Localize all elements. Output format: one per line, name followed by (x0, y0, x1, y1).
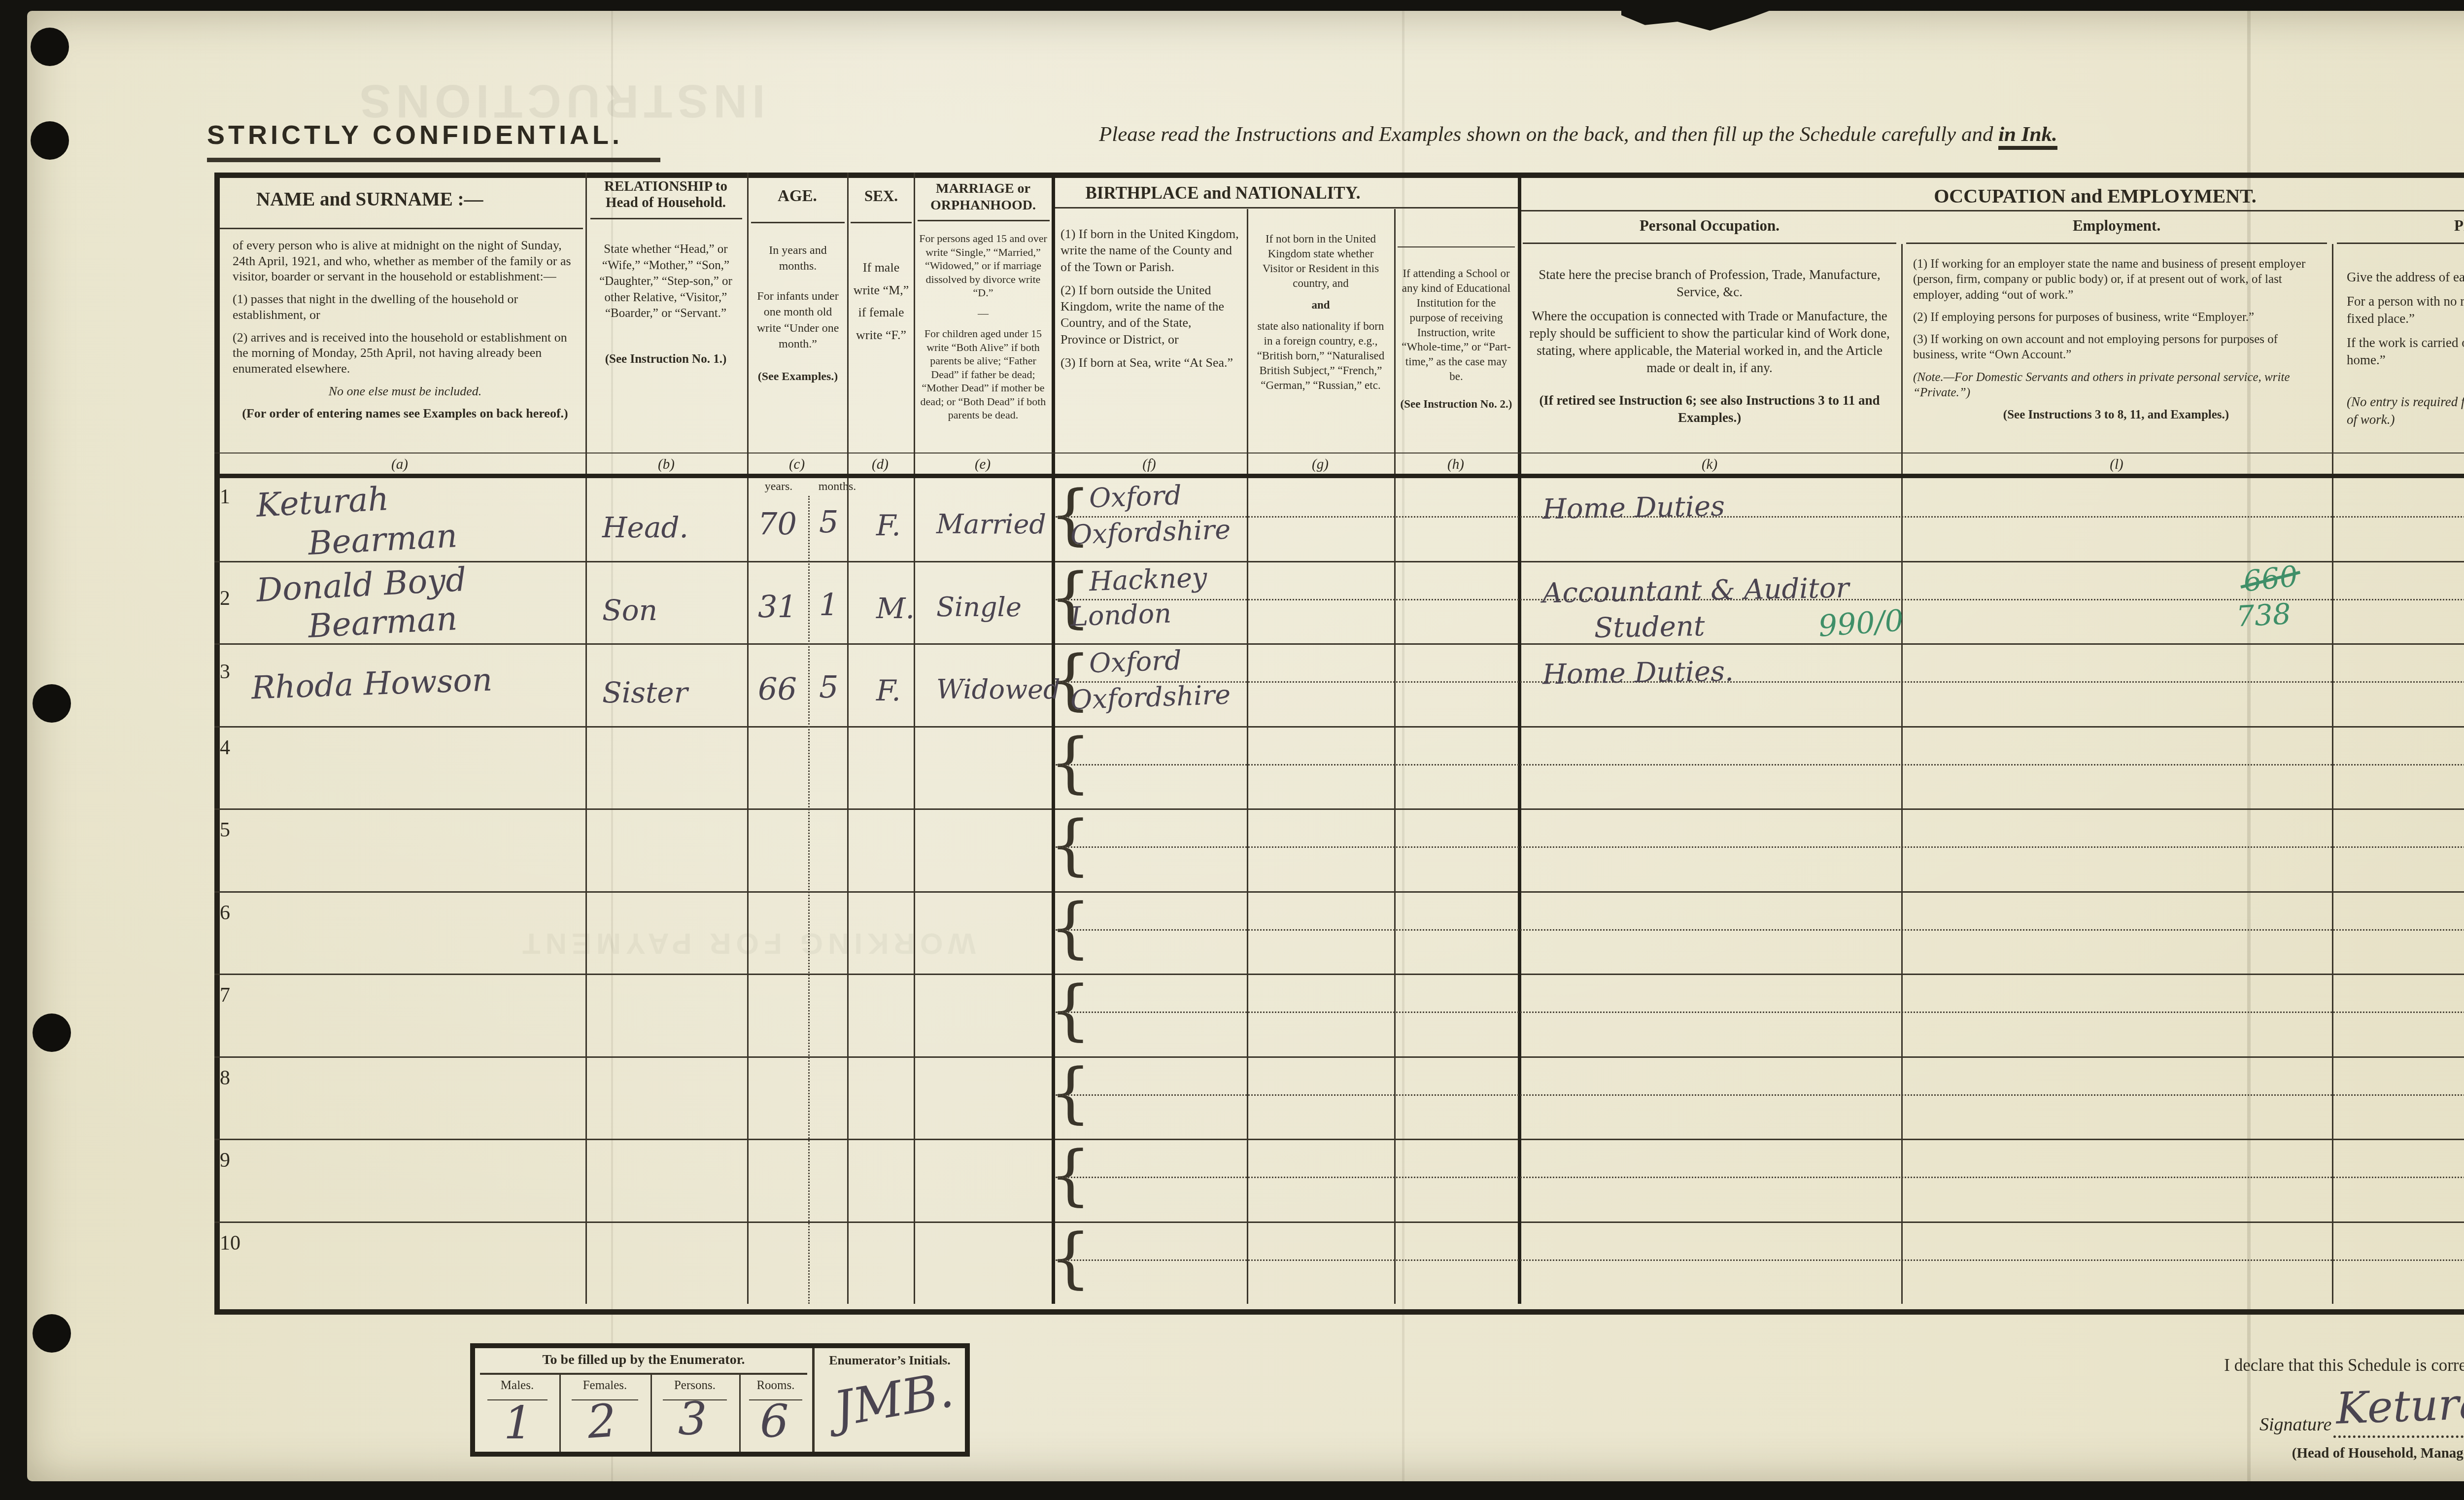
col-e-p1: For persons aged 15 and over write “Sing… (918, 232, 1049, 300)
col-k-body: State here the precise branch of Profess… (1528, 266, 1891, 433)
row-line (214, 891, 2464, 893)
col-l-body: (1) If working for an employer state the… (1913, 256, 2319, 422)
females-value: 2 (585, 1394, 618, 1449)
writing-guide-line (1056, 1259, 2464, 1261)
col-m-p4: (No entry is required for any person who… (2347, 393, 2464, 428)
col-h-p2: (See Instruction No. 2.) (1399, 397, 1514, 412)
row-number: 5 (220, 818, 230, 842)
row-line (214, 726, 2464, 728)
divider (1518, 210, 2464, 211)
row-number: 6 (220, 901, 230, 925)
column-letter: (k) (1680, 456, 1739, 473)
column-letter: (l) (2087, 456, 2146, 473)
col-b-body: State whether “Head,” or “Wife,” “Mother… (590, 242, 741, 374)
col-a-p1: of every person who is alive at midnight… (233, 238, 578, 284)
col-a-p3: (2) arrives and is received into the hou… (233, 330, 578, 377)
age-years-entry: 70 (758, 506, 797, 542)
col-b-p2: (See Instruction No. 1.) (590, 351, 741, 368)
row-brace: { (1050, 810, 1091, 879)
marital-entry: Married (936, 509, 1046, 540)
occupation-entry-line1: Home Duties (1542, 490, 1725, 525)
marital-entry: Widowed (936, 674, 1061, 705)
col-g-p2: state also nationality if born in a fore… (1252, 319, 1390, 392)
row-line (214, 1221, 2464, 1223)
col-l-title: Employment. (1901, 217, 2332, 235)
declaration-text: I declare that this Schedule is correctl… (2129, 1356, 2464, 1375)
col-m-title: Place of Work. (2332, 217, 2464, 235)
relationship-entry: Head. (602, 511, 688, 544)
column-line (1394, 478, 1396, 1304)
col-k-p2: Where the occupation is connected with T… (1528, 308, 1891, 377)
rooms-value: 6 (760, 1395, 789, 1448)
col-k-p3: (If retired see Instruction 6; see also … (1528, 392, 1891, 426)
row-line (214, 1139, 2464, 1140)
writing-guide-line (1056, 681, 2464, 683)
row-line (214, 561, 2464, 562)
col-f-p1: (1) If born in the United Kingdom, write… (1061, 226, 1239, 275)
column-line (1394, 209, 1396, 474)
age-months-entry: 5 (819, 504, 838, 540)
col-e-title: MARRIAGE or ORPHANHOOD. (917, 180, 1050, 213)
col-k-title: Personal Occupation. (1518, 217, 1901, 235)
row-line (214, 474, 2464, 478)
col-c-title: AGE. (750, 187, 845, 206)
confidential-heading: STRICTLY CONFIDENTIAL. (207, 120, 623, 150)
punch-hole (31, 121, 69, 160)
column-letter: (g) (1291, 456, 1350, 473)
birthplace-entry-line1: Oxford (1089, 645, 1182, 679)
sex-entry: F. (876, 674, 901, 707)
row-line (214, 808, 2464, 810)
row-brace: { (1050, 893, 1091, 962)
punch-hole (33, 1013, 71, 1052)
employment-code-struck: 660 (2242, 559, 2299, 598)
punch-hole (31, 28, 69, 66)
declaration-note: (Head of Household, Manager of Establish… (2223, 1445, 2464, 1462)
census-schedule-scan: INSTRUCTIONS WORKING FOR PAYMENT STRICTL… (0, 0, 2464, 1500)
males-label: Males. (475, 1379, 559, 1393)
col-a-p4: No one else must be included. (233, 384, 578, 399)
col-d-body: If male write “M,” if female write “F.” (851, 256, 912, 346)
writing-guide-line (1056, 846, 2464, 848)
column-letter: (a) (370, 456, 429, 473)
col-e-body: For persons aged 15 and over write “Sing… (918, 232, 1049, 429)
age-years-label: years. (749, 480, 808, 493)
occupation-entry-line1: Home Duties. (1542, 656, 1734, 691)
occupation-banner: OCCUPATION and EMPLOYMENT. (1518, 184, 2464, 208)
row-brace: { (1050, 1141, 1091, 1210)
divider (851, 222, 912, 223)
enumerator-box-title: To be filled up by the Enumerator. (475, 1352, 812, 1368)
column-line (1901, 478, 1903, 1304)
column-line (585, 173, 587, 474)
birthplace-entry-line2: Oxfordshire (1070, 679, 1231, 715)
col-l-p2: (2) If employing persons for purposes of… (1913, 310, 2319, 325)
col-g-and: and (1252, 298, 1390, 313)
writing-guide-line (1056, 1177, 2464, 1178)
column-letter: (h) (1426, 456, 1485, 473)
persons-value: 3 (678, 1393, 707, 1445)
column-line (1518, 173, 1521, 474)
writing-guide-line (1056, 929, 2464, 931)
col-m-p1: Give the address of each person’s place … (2347, 269, 2464, 286)
writing-guide-line (1056, 1012, 2464, 1013)
age-sub-divider (808, 496, 810, 1304)
name-entry-line2: Bearman (307, 599, 458, 645)
instruction-line: Please read the Instructions and Example… (1099, 122, 2057, 146)
column-line (847, 173, 849, 474)
col-a-body: of every person who is alive at midnight… (233, 238, 578, 421)
row-brace: { (1050, 1058, 1091, 1127)
males-value: 1 (504, 1396, 533, 1449)
col-d-title: SEX. (850, 187, 913, 205)
col-g-p1: If not born in the United Kingdom state … (1252, 232, 1390, 291)
age-years-entry: 31 (758, 589, 797, 625)
relationship-entry: Sister (602, 676, 687, 709)
divider (1523, 243, 1896, 244)
col-m-body: Give the address of each person’s place … (2347, 269, 2464, 435)
col-e-p2: — (918, 307, 1049, 320)
row-brace: { (1050, 728, 1091, 797)
col-f-p3: (3) If born at Sea, write “At Sea.” (1061, 354, 1239, 371)
row-line (214, 643, 2464, 645)
divider (2337, 243, 2464, 244)
writing-guide-line (1056, 764, 2464, 766)
confidential-underline (207, 158, 660, 162)
col-g-body: If not born in the United Kingdom state … (1252, 232, 1390, 400)
col-a-p5: (For order of entering names see Example… (233, 406, 578, 421)
col-a-p2: (1) passes that night in the dwelling of… (233, 291, 578, 322)
row-line (214, 453, 2464, 453)
column-line (1247, 209, 1248, 474)
divider (1906, 243, 2327, 244)
age-months-entry: 5 (819, 669, 838, 705)
row-number: 1 (220, 485, 230, 509)
col-l-p1: (1) If working for an employer state the… (1913, 256, 2319, 303)
divider (1398, 246, 1515, 247)
persons-label: Persons. (650, 1379, 739, 1393)
column-line (2332, 244, 2333, 474)
column-line (2332, 478, 2333, 1304)
column-line (585, 478, 587, 1304)
occupation-entry-line1: Accountant & Auditor (1542, 572, 1849, 609)
divider (751, 222, 845, 223)
col-c-p3: (See Examples.) (751, 369, 845, 384)
row-number: 7 (220, 983, 230, 1007)
col-h-p1: If attending a School or any kind of Edu… (1399, 266, 1514, 384)
females-label: Females. (559, 1379, 650, 1393)
name-entry-line2: Bearman (307, 517, 458, 562)
signature-label: Signature (2259, 1414, 2331, 1435)
age-months-entry: 1 (819, 587, 838, 623)
column-letter: (e) (953, 456, 1012, 473)
sex-entry: F. (876, 509, 901, 542)
col-k-p1: State here the precise branch of Profess… (1528, 266, 1891, 301)
column-line (847, 478, 849, 1304)
column-letter: (b) (637, 456, 696, 473)
col-e-p3: For children aged under 15 write “Both A… (918, 327, 1049, 422)
col-m-p2: For a person with no regular place of wo… (2347, 293, 2464, 327)
row-number: 4 (220, 736, 230, 760)
occupation-code-entry: 990/0 (1817, 603, 1905, 644)
row-brace: { (1050, 976, 1091, 1045)
col-f-p2: (2) If born outside the United Kingdom, … (1061, 282, 1239, 348)
row-number: 9 (220, 1149, 230, 1172)
col-b-title: RELATIONSHIP to Head of Household. (589, 178, 743, 211)
row-line (214, 1056, 2464, 1058)
row-number: 8 (220, 1066, 230, 1090)
punch-hole (33, 1314, 71, 1353)
col-b-p1: State whether “Head,” or “Wife,” “Mother… (590, 242, 741, 322)
writing-guide-line (1056, 1094, 2464, 1096)
column-line (1518, 478, 1521, 1304)
column-letter: (c) (767, 456, 826, 473)
divider (590, 218, 742, 219)
enumerator-initials-value: JMB. (830, 1362, 958, 1438)
column-line (1247, 478, 1248, 1304)
punch-hole (33, 684, 71, 723)
divider (1052, 207, 1518, 209)
column-letter: (d) (851, 456, 910, 473)
row-number: 2 (220, 587, 230, 610)
col-h-body: If attending a School or any kind of Edu… (1399, 266, 1514, 419)
employment-code-struck-text: 660 (2242, 559, 2299, 598)
signature-line (2333, 1435, 2464, 1438)
birthplace-entry-line2: London (1070, 597, 1172, 632)
column-line (1052, 173, 1055, 474)
col-m-p3: If the work is carried on mainly at home… (2347, 334, 2464, 369)
marital-entry: Single (936, 592, 1022, 623)
birthplace-banner: BIRTHPLACE and NATIONALITY. (1052, 183, 1394, 203)
column-letter: (f) (1120, 456, 1179, 473)
rooms-label: Rooms. (739, 1379, 812, 1393)
divider (480, 1373, 807, 1375)
column-line (1901, 244, 1903, 474)
col-c-p2: For infants under one month old write “U… (751, 288, 845, 352)
sex-entry: M. (876, 592, 915, 625)
row-line (214, 974, 2464, 975)
column-line (747, 478, 749, 1304)
birthplace-entry-line2: Oxfordshire (1070, 514, 1231, 550)
instruction-text: Please read the Instructions and Example… (1099, 123, 1998, 146)
birthplace-entry-line1: Hackney (1089, 561, 1208, 596)
col-l-p3: (3) If working on own account and not em… (1913, 332, 2319, 363)
divider (918, 220, 1050, 221)
writing-guide-line (1056, 516, 2464, 518)
col-f-body: (1) If born in the United Kingdom, write… (1061, 226, 1239, 378)
col-a-title: NAME and SURNAME :— (256, 188, 483, 210)
row-number: 3 (220, 660, 230, 684)
birthplace-entry-line1: Oxford (1089, 480, 1182, 514)
enumerator-box: To be filled up by the Enumerator. Males… (470, 1343, 970, 1457)
col-l-p4: (Note.—For Domestic Servants and others … (1913, 370, 2319, 401)
col-c-body: In years and months. For infants under o… (751, 243, 845, 392)
column-line (914, 173, 915, 474)
column-line (747, 173, 749, 474)
relationship-entry: Son (602, 593, 657, 627)
row-brace: { (1050, 1223, 1091, 1292)
col-c-p1: In years and months. (751, 243, 845, 275)
occupation-entry-line2: Student (1594, 610, 1705, 644)
age-months-label: months. (809, 480, 865, 493)
row-number: 10 (220, 1231, 240, 1255)
divider (219, 228, 583, 229)
employment-code-entry: 738 (2235, 597, 2292, 633)
instruction-ink-text: in Ink. (1998, 123, 2057, 150)
name-entry-line1: Keturah (255, 480, 390, 524)
age-years-entry: 66 (758, 671, 797, 707)
col-l-p5: (See Instructions 3 to 8, 11, and Exampl… (1913, 407, 2319, 422)
